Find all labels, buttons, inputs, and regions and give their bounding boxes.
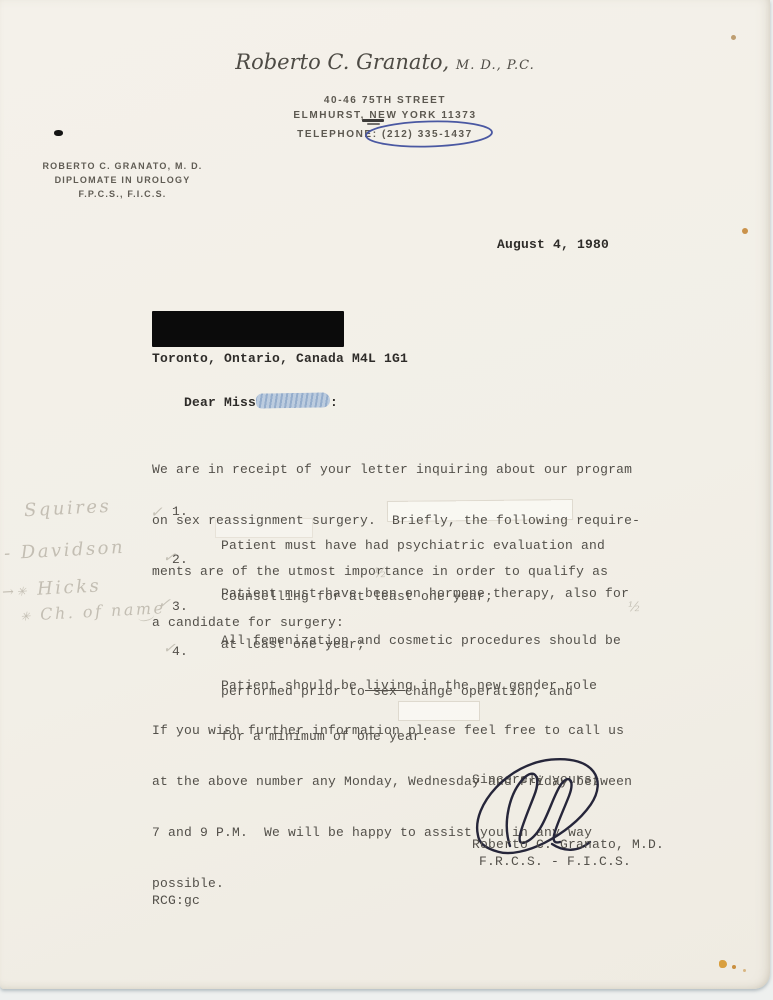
foxing-spot-3 (719, 960, 727, 968)
salutation-text: Dear Miss (184, 395, 256, 410)
name-redaction-blob (256, 392, 330, 408)
margin-note-hicks-text: Hicks (37, 575, 102, 599)
pencil-fraction-2: ½ (628, 600, 641, 615)
signer-credentials: F.R.C.S. - F.I.C.S. (479, 853, 631, 870)
item-3-number: 3. (172, 598, 188, 615)
foxing-spot-2 (742, 228, 748, 234)
item-4-number: 4. (172, 643, 188, 660)
foxing-spot-5 (743, 969, 746, 972)
ink-dot (54, 130, 63, 136)
margin-note-davidson-text: Davidson (20, 537, 125, 563)
letterhead-left-credentials: F.P.C.S., F.I.C.S. (35, 187, 210, 201)
para1-line1: We are in receipt of your letter inquiri… (152, 461, 640, 478)
letterhead-street: 40-46 75TH STREET (0, 93, 770, 108)
salutation-colon: : (330, 395, 338, 410)
letter-page: Roberto C. Granato, M. D., P.C. 40-46 75… (0, 0, 770, 989)
foxing-spot-1 (731, 35, 736, 40)
margin-note-squires: Squires (24, 496, 112, 522)
pencil-check-1: ✓ (150, 503, 163, 521)
margin-note-hicks: →✳ Hicks (2, 575, 102, 601)
salutation-line: Dear Miss: (152, 376, 338, 428)
recipient-city-line: Toronto, Ontario, Canada M4L 1G1 (152, 350, 408, 367)
margin-asterisk-1: ✳ (16, 584, 29, 599)
letterhead-left-title: DIPLOMATE IN UROLOGY (35, 173, 210, 187)
margin-arrow: → (2, 584, 17, 601)
item-2-number: 2. (172, 551, 188, 568)
item-1-number: 1. (172, 503, 188, 520)
para2-line4: possible. (152, 875, 632, 892)
letter-date: August 4, 1980 (497, 236, 609, 253)
letterhead-left-name: ROBERTO C. GRANATO, M. D. (35, 159, 210, 173)
margin-dash: - (4, 543, 14, 564)
letterhead-name: Roberto C. Granato, M. D., P.C. (0, 50, 770, 74)
letterhead-name-script: Roberto C. Granato, (235, 50, 449, 74)
margin-note-davidson: - Davidson (4, 537, 126, 564)
redaction-bar (152, 311, 344, 347)
signer-name: Roberto C. Granato, M.D. (472, 836, 664, 853)
foxing-spot-4 (732, 965, 736, 969)
para2-line1: If you wish further information please f… (152, 722, 632, 739)
margin-asterisk-2: ✳ (20, 609, 33, 624)
pen-circle-annotation (362, 118, 497, 150)
letterhead-name-suffix: M. D., P.C. (456, 58, 535, 73)
pencil-fraction-1: ½ (374, 566, 387, 581)
reference-initials: RCG:gc (152, 892, 200, 909)
